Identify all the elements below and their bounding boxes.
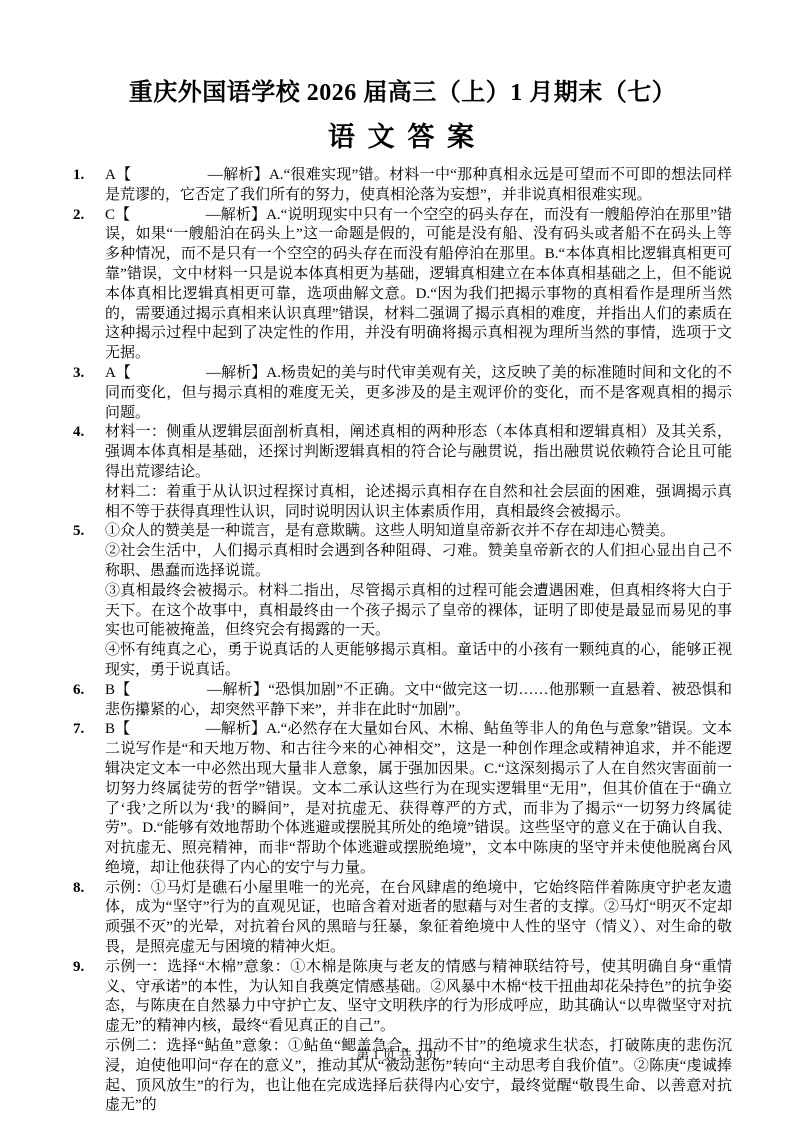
- answer-text: C【 —解析】A.“说明现实中只有一个空空的码头存在，而没有一艘船停泊在那里”错…: [105, 206, 732, 364]
- page-subtitle: 语 文 答 案: [73, 115, 732, 154]
- answer-number: 8.: [73, 879, 105, 899]
- answer-item-9: 9. 示例一：选择“木棉”意象：①木棉是陈庚与老友的情感与精神联结符号，使其明确…: [73, 958, 732, 1116]
- answer-text: A【 —解析】A.杨贵妃的美与时代审美观有关，这反映了美的标准随时间和文化的不同…: [105, 364, 732, 423]
- answer-item-5: 5. ①众人的赞美是一种谎言，是有意欺瞒。这些人明知道皇帝新衣并不存在却违心赞美…: [73, 522, 732, 680]
- answer-number: 3.: [73, 364, 105, 384]
- answer-number: 2.: [73, 206, 105, 226]
- answer-number: 7.: [73, 720, 105, 740]
- answer-text: ①众人的赞美是一种谎言，是有意欺瞒。这些人明知道皇帝新衣并不存在却违心赞美。 ②…: [105, 522, 732, 680]
- answer-item-3: 3. A【 —解析】A.杨贵妃的美与时代审美观有关，这反映了美的标准随时间和文化…: [73, 364, 732, 423]
- answer-number: 5.: [73, 522, 105, 542]
- answer-number: 6.: [73, 681, 105, 701]
- answer-text: 示例一：选择“木棉”意象：①木棉是陈庚与老友的情感与精神联结符号，使其明确自身“…: [105, 958, 732, 1116]
- answer-item-4: 4. 材料一：侧重从逻辑层面剖析真相，阐述真相的两种形态（本体真相和逻辑真相）及…: [73, 423, 732, 522]
- answer-text: 示例：①马灯是礁石小屋里唯一的光亮，在台风肆虐的绝境中，它始终陪伴着陈庚守护老友…: [105, 879, 732, 958]
- page-number-footer: 第 1 页 共 3 页: [0, 1044, 794, 1063]
- answer-item-1: 1. A【 —解析】A.“很难实现”错。材料一中“那种真相永远是可望而不可即的想…: [73, 166, 732, 206]
- answer-item-6: 6. B【 —解析】“恐惧加剧”不正确。文中“做完这一切……他那颗一直悬着、被恐…: [73, 681, 732, 721]
- page-title: 重庆外国语学校 2026 届高三（上）1 月期末（七）: [73, 78, 732, 108]
- document-content: 重庆外国语学校 2026 届高三（上）1 月期末（七） 语 文 答 案 1. A…: [0, 0, 794, 1116]
- answer-number: 1.: [73, 166, 105, 186]
- answer-text: 材料一：侧重从逻辑层面剖析真相，阐述真相的两种形态（本体真相和逻辑真相）及其关系…: [105, 423, 732, 522]
- answer-list: 1. A【 —解析】A.“很难实现”错。材料一中“那种真相永远是可望而不可即的想…: [73, 166, 732, 1116]
- answer-item-2: 2. C【 —解析】A.“说明现实中只有一个空空的码头存在，而没有一艘船停泊在那…: [73, 206, 732, 364]
- answer-item-7: 7. B【 —解析】A.“必然存在大量如台风、木棉、鲇鱼等非人的角色与意象”错误…: [73, 720, 732, 878]
- document-page: 重庆外国语学校 2026 届高三（上）1 月期末（七） 语 文 答 案 1. A…: [0, 0, 794, 1122]
- answer-text: B【 —解析】A.“必然存在大量如台风、木棉、鲇鱼等非人的角色与意象”错误。文本…: [105, 720, 732, 878]
- answer-item-8: 8. 示例：①马灯是礁石小屋里唯一的光亮，在台风肆虐的绝境中，它始终陪伴着陈庚守…: [73, 879, 732, 958]
- answer-text: A【 —解析】A.“很难实现”错。材料一中“那种真相永远是可望而不可即的想法同样…: [105, 166, 732, 206]
- answer-number: 9.: [73, 958, 105, 978]
- answer-number: 4.: [73, 423, 105, 443]
- answer-text: B【 —解析】“恐惧加剧”不正确。文中“做完这一切……他那颗一直悬着、被恐惧和悲…: [105, 681, 732, 721]
